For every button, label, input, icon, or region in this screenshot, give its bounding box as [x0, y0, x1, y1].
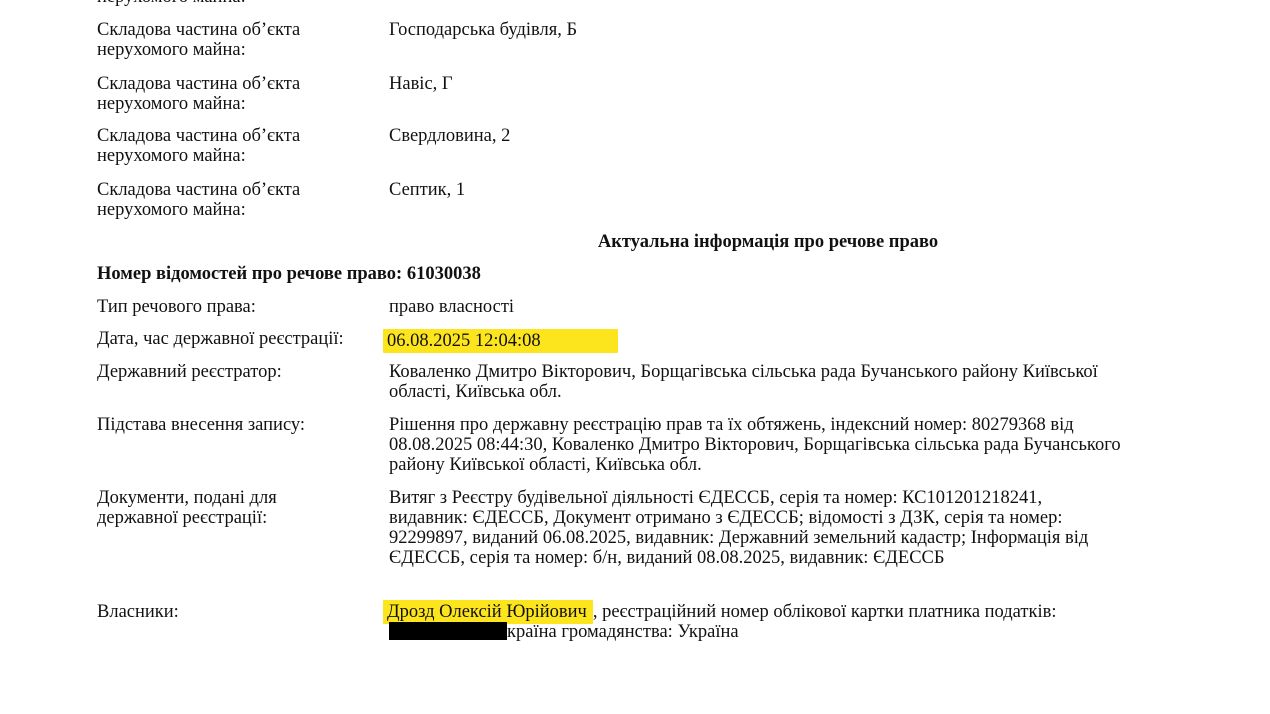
right-type-label: Тип речового права:: [97, 297, 387, 317]
documents-value: Витяг з Реєстру будівельної діяльності Є…: [389, 488, 1124, 568]
component-label: Складова частина об’єкта нерухомого майн…: [97, 74, 387, 114]
component-value: Септик, 1: [389, 180, 1149, 200]
owner-citizenship: країна громадянства: Україна: [507, 622, 739, 642]
section-title-text: Актуальна інформація про речове право: [598, 232, 938, 252]
registration-date-label: Дата, час державної реєстрації:: [97, 329, 387, 349]
component-label: Складова частина об’єкта нерухомого майн…: [97, 180, 387, 220]
component-label: Складова частина об’єкта нерухомого майн…: [97, 126, 387, 166]
owner-tax-label: , реєстраційний номер облікової картки п…: [593, 602, 1057, 622]
highlighted-date: 06.08.2025 12:04:08: [383, 329, 618, 353]
section-title: Актуальна інформація про речове право: [0, 232, 1270, 252]
component-value: Господарська будівля, Б: [389, 20, 1149, 40]
documents-label: Документи, подані для державної реєстрац…: [97, 488, 387, 528]
record-number-label: Номер відомостей про речове право:: [97, 264, 402, 284]
redacted-tax-number: [389, 622, 507, 640]
record-number: Номер відомостей про речове право: 61030…: [97, 264, 481, 284]
owners-value: Дрозд Олексій Юрійович, реєстраційний но…: [389, 602, 1089, 642]
record-number-value: 61030038: [407, 264, 481, 284]
owners-label: Власники:: [97, 602, 387, 622]
component-value: Свердловина, 2: [389, 126, 1149, 146]
registration-date-value: 06.08.2025 12:04:08: [389, 329, 1149, 353]
component-label: Складова частина об’єкта нерухомого майн…: [97, 20, 387, 60]
registrar-label: Державний реєстратор:: [97, 362, 387, 382]
component-value: Навіс, Г: [389, 74, 1149, 94]
right-type-value: право власності: [389, 297, 1149, 317]
basis-label: Підстава внесення запису:: [97, 415, 387, 435]
basis-value: Рішення про державну реєстрацію прав та …: [389, 415, 1134, 475]
registrar-value: Коваленко Дмитро Вікторович, Борщагівськ…: [389, 362, 1119, 402]
highlighted-owner-name: Дрозд Олексій Юрійович: [383, 600, 593, 624]
cut-off-label: нерухомого майна:: [97, 0, 246, 7]
